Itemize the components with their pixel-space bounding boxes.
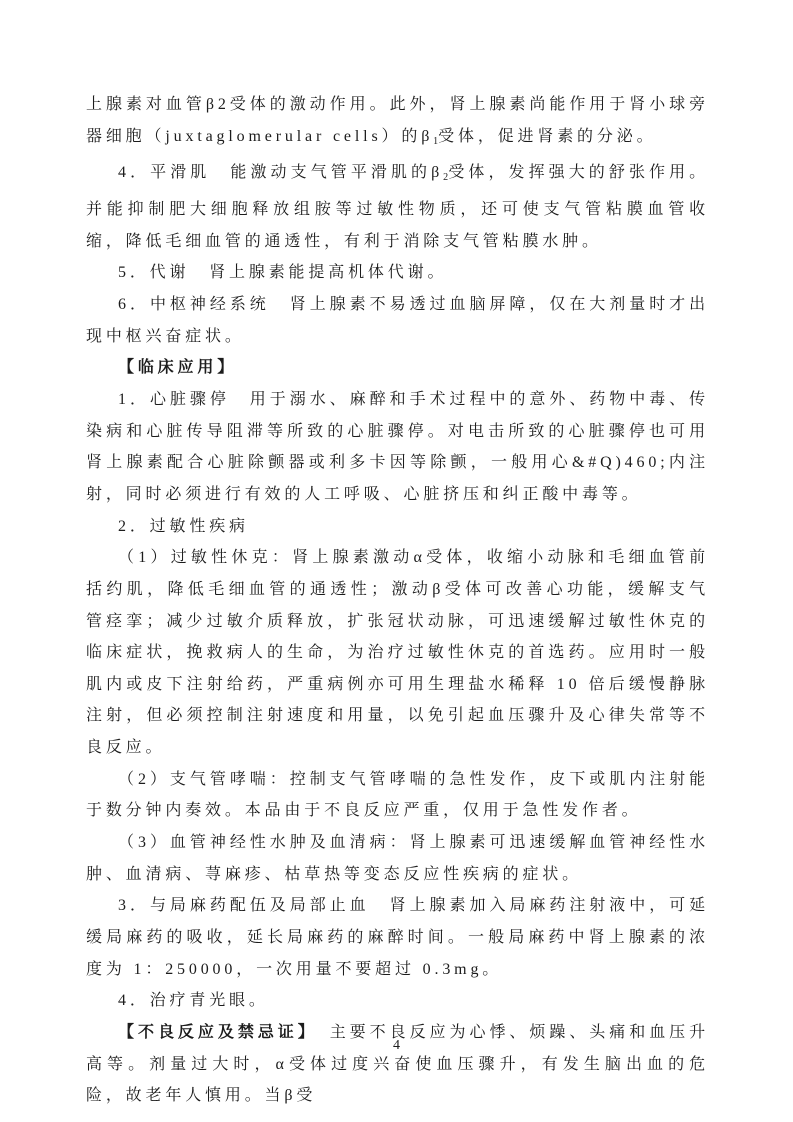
body-text: 4．治疗青光眼。 bbox=[118, 992, 269, 1009]
bold-heading-text: 【临床应用】 bbox=[118, 359, 237, 376]
body-text: 6．中枢神经系统 肾上腺素不易透过血脑屏障，仅在大剂量时才出现中枢兴奋症状。 bbox=[86, 296, 709, 345]
body-text: 3．与局麻药配伍及局部止血 肾上腺素加入局麻药注射液中，可延缓局麻药的吸收，延长… bbox=[86, 897, 709, 977]
body-text: （2）支气管哮喘：控制支气管哮喘的急性发作，皮下或肌内注射能于数分钟内奏效。本品… bbox=[86, 771, 709, 820]
body-text: 1．心脏骤停 用于溺水、麻醉和手术过程中的意外、药物中毒、传染病和心脏传导阻滞等… bbox=[86, 391, 709, 503]
document-body: 上腺素对血管β2受体的激动作用。此外，肾上腺素尚能作用于肾小球旁器细胞（juxt… bbox=[86, 89, 709, 1112]
body-text: 4．平滑肌 能激动支气管平滑肌的β bbox=[118, 164, 443, 181]
document-page: 上腺素对血管β2受体的激动作用。此外，肾上腺素尚能作用于肾小球旁器细胞（juxt… bbox=[0, 0, 793, 1122]
body-text: （3）血管神经性水肿及血清病：肾上腺素可迅速缓解血管神经性水肿、血清病、荨麻疹、… bbox=[86, 834, 709, 883]
para-vascular-beta2-continuation: 上腺素对血管β2受体的激动作用。此外，肾上腺素尚能作用于肾小球旁器细胞（juxt… bbox=[86, 89, 709, 157]
para-1-cardiac-arrest: 1．心脏骤停 用于溺水、麻醉和手术过程中的意外、药物中毒、传染病和心脏传导阻滞等… bbox=[86, 384, 709, 511]
para-3-local-anesthetic: 3．与局麻药配伍及局部止血 肾上腺素加入局麻药注射液中，可延缓局麻药的吸收，延长… bbox=[86, 890, 709, 985]
para-adverse-reactions: 【不良反应及禁忌证】 主要不良反应为心悸、烦躁、头痛和血压升高等。剂量过大时，α… bbox=[86, 1017, 709, 1112]
body-text: 2．过敏性疾病 bbox=[118, 518, 249, 535]
para-4-glaucoma: 4．治疗青光眼。 bbox=[86, 985, 709, 1017]
para-5-metabolism: 5．代谢 肾上腺素能提高机体代谢。 bbox=[86, 257, 709, 289]
para-4-smooth-muscle: 4．平滑肌 能激动支气管平滑肌的β2受体，发挥强大的舒张作用。并能抑制肥大细胞释… bbox=[86, 157, 709, 257]
heading-clinical-use: 【临床应用】 bbox=[86, 352, 709, 384]
para-2-2-bronchial-asthma: （2）支气管哮喘：控制支气管哮喘的急性发作，皮下或肌内注射能于数分钟内奏效。本品… bbox=[86, 764, 709, 827]
body-text: 受体，促进肾素的分泌。 bbox=[438, 128, 656, 145]
para-2-1-anaphylactic-shock: （1）过敏性休克：肾上腺素激动α受体，收缩小动脉和毛细血管前括约肌，降低毛细血管… bbox=[86, 542, 709, 764]
para-2-3-angioneurotic-edema: （3）血管神经性水肿及血清病：肾上腺素可迅速缓解血管神经性水肿、血清病、荨麻疹、… bbox=[86, 827, 709, 890]
para-6-cns: 6．中枢神经系统 肾上腺素不易透过血脑屏障，仅在大剂量时才出现中枢兴奋症状。 bbox=[86, 289, 709, 352]
page-number: 4 bbox=[393, 1038, 400, 1053]
page-footer: 4 bbox=[0, 1036, 793, 1056]
body-text: 5．代谢 肾上腺素能提高机体代谢。 bbox=[118, 264, 447, 281]
body-text: （1）过敏性休克：肾上腺素激动α受体，收缩小动脉和毛细血管前括约肌，降低毛细血管… bbox=[86, 549, 709, 756]
para-2-allergic-diseases: 2．过敏性疾病 bbox=[86, 511, 709, 543]
